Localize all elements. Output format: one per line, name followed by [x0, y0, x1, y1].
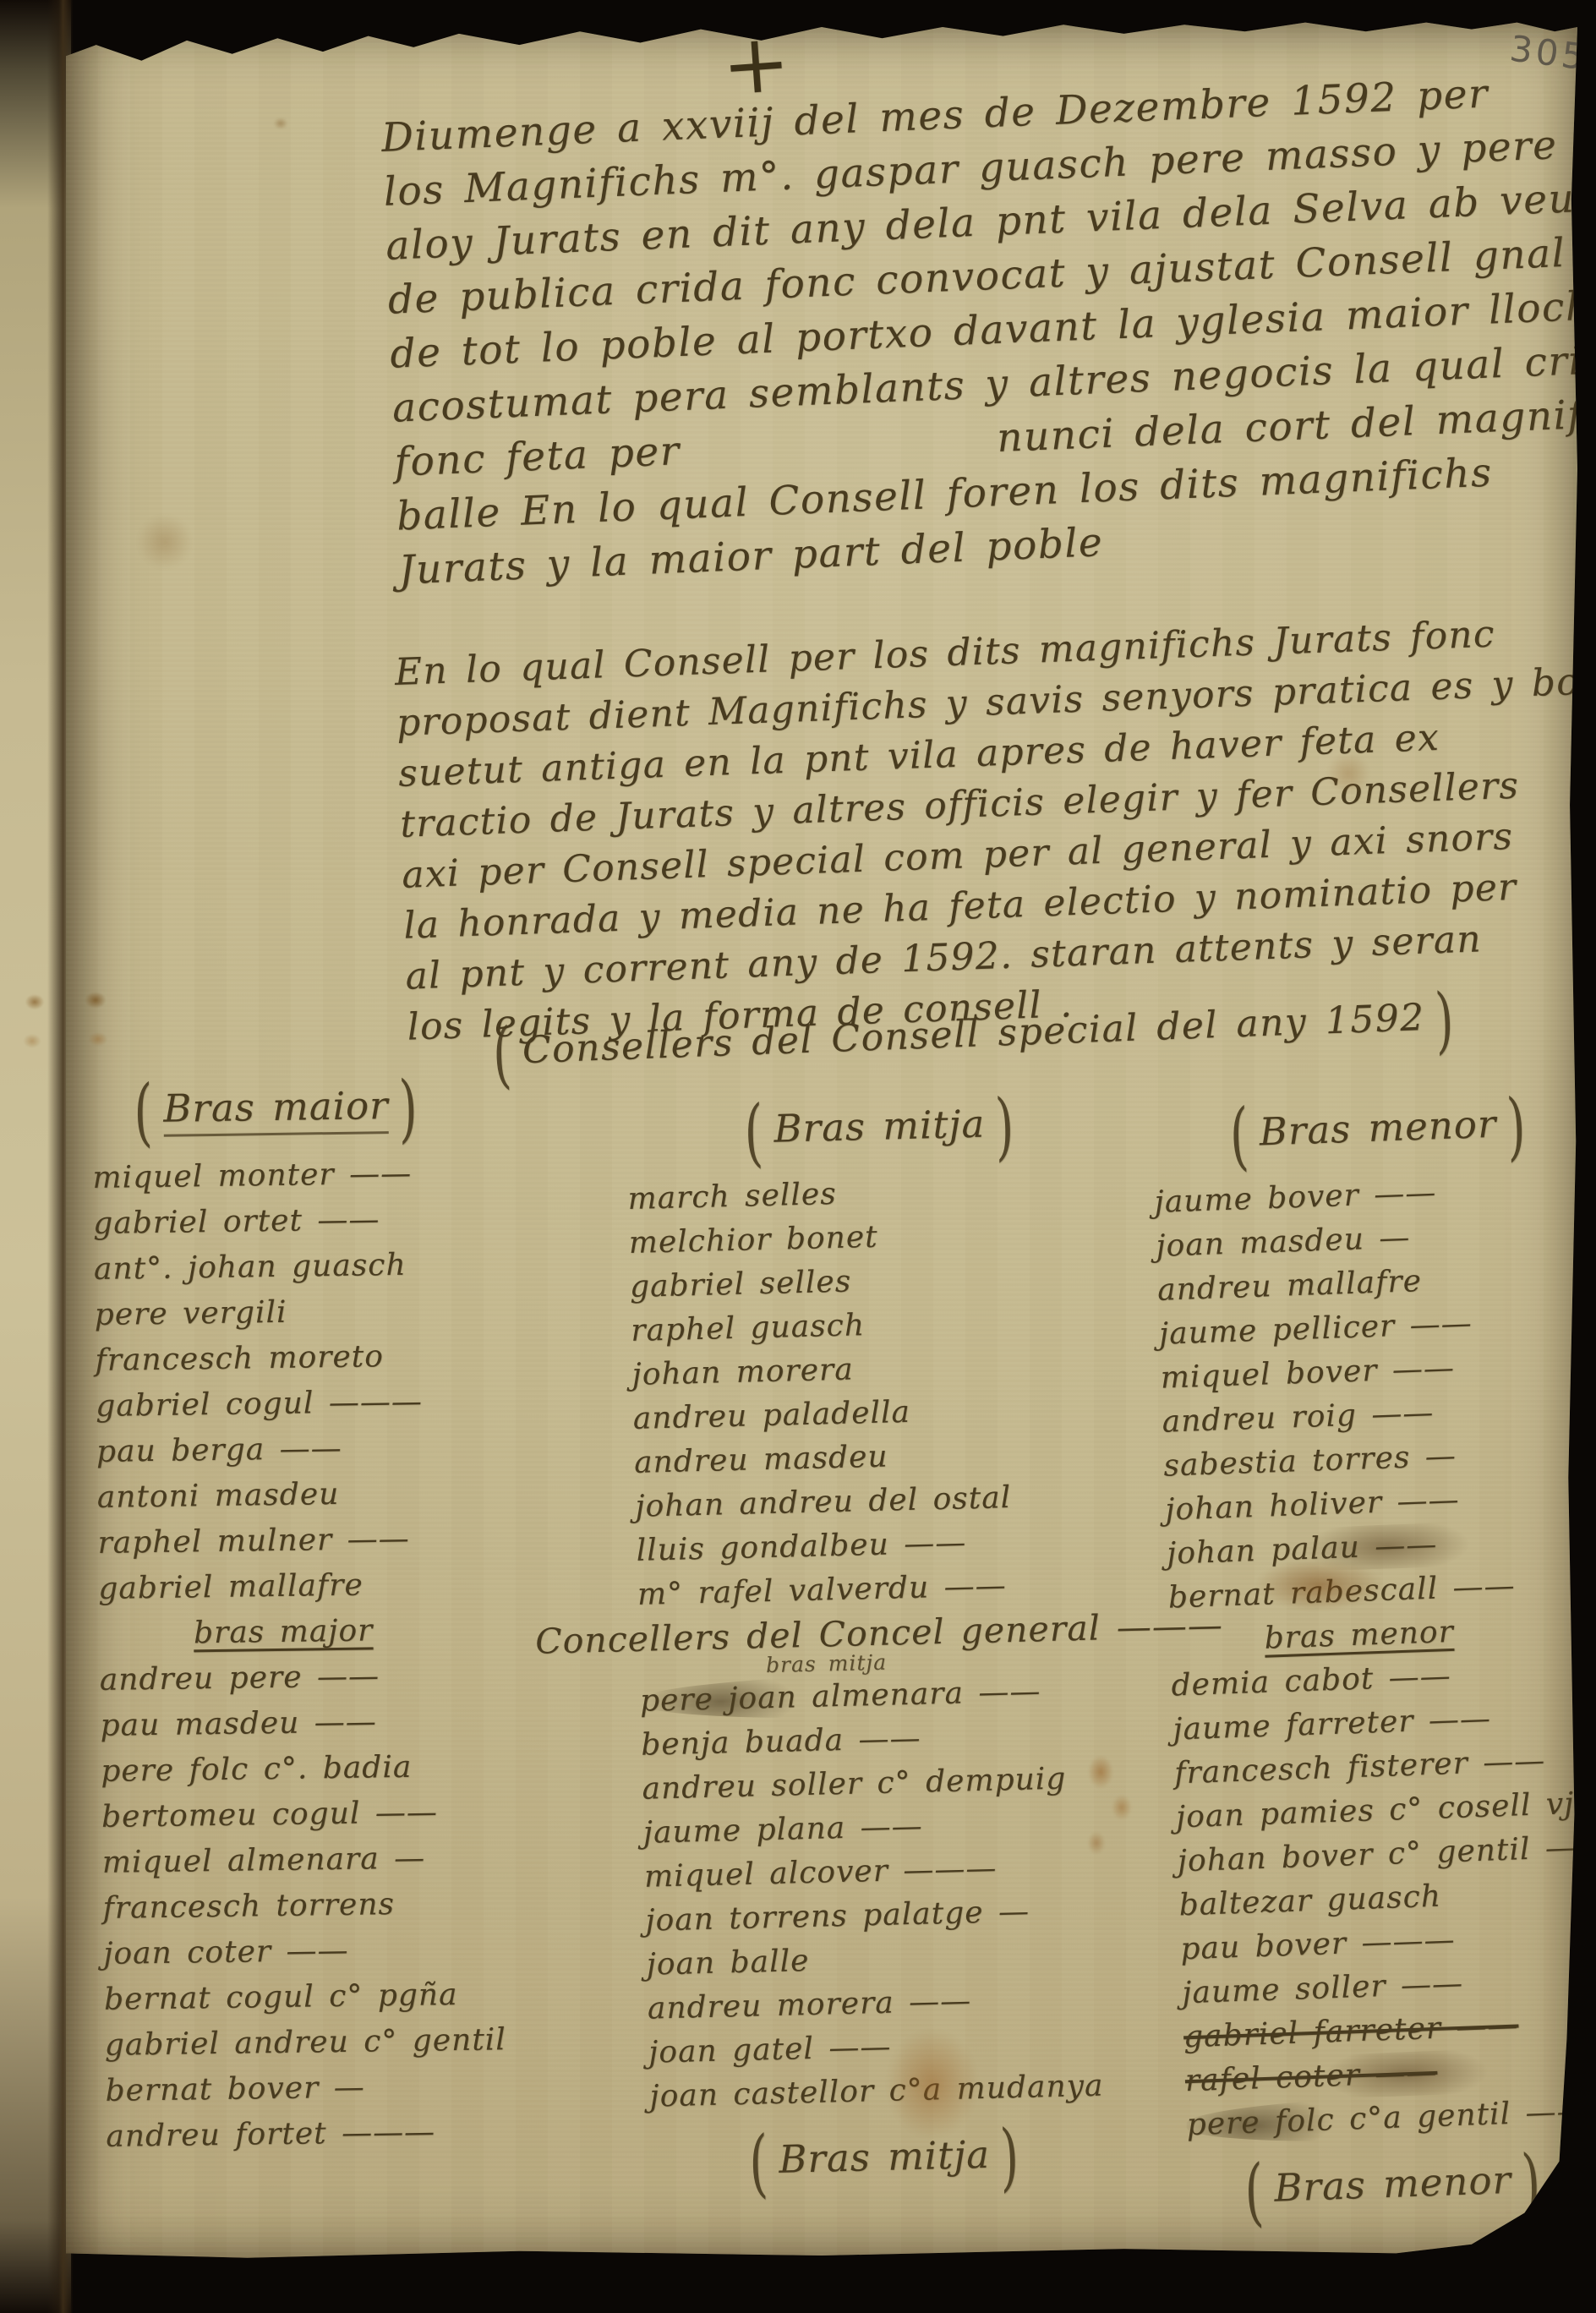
- column-header-bras-mitja: (Bras mitja): [734, 1096, 1201, 1156]
- person-name: andreu fortet ———: [106, 2108, 614, 2160]
- column-header-bras-menor: (Bras menor): [1219, 1097, 1596, 1160]
- flourish-bracket-icon: (: [1229, 1103, 1251, 1172]
- flourish-bracket-icon: ): [1506, 1093, 1528, 1162]
- person-name: gabriel cogul ———: [96, 1377, 604, 1430]
- person-name: gabriel andreu c° gentil: [104, 2016, 612, 2069]
- person-name: ant°. johan guasch: [94, 1240, 602, 1293]
- person-name: andreu pere ——: [99, 1651, 607, 1703]
- person-name: pere folc c°. badia: [101, 1742, 609, 1795]
- manuscript-page: + 305 Diumenge a xxviij del mes de Dezem…: [66, 20, 1577, 2262]
- column-header-bras-maior: (Bras maior): [123, 1080, 599, 1137]
- person-name: pau masdeu ——: [100, 1697, 608, 1749]
- person-name: joan coter ——: [103, 1925, 611, 1977]
- name-list-bras-menor: jaume bover ——joan masdeu —andreu mallaf…: [1154, 1164, 1596, 2148]
- person-name: francesch moreto: [95, 1331, 603, 1384]
- person-name: francesch torrens: [102, 1879, 610, 1932]
- column-footer-bras-menor: (Bras menor): [1234, 2152, 1596, 2216]
- flourish-bracket-icon: ): [398, 1074, 418, 1146]
- person-name: antoni masdeu: [96, 1468, 604, 1521]
- flourish-bracket-icon: ): [999, 2124, 1020, 2193]
- column-footer-bras-mitja: (Bras mitja): [739, 2127, 1227, 2187]
- column-header-label: Bras mitja: [773, 1102, 986, 1151]
- person-name: pere vergili: [94, 1286, 602, 1338]
- flourish-bracket-icon: (: [749, 2130, 770, 2199]
- proposal-paragraph: En lo qual Consell per los dits magnific…: [394, 605, 1596, 1053]
- person-name: miquel monter ——: [92, 1149, 600, 1201]
- name-list-bras-mitja: march sellesmelchior bonetgabriel selles…: [627, 1163, 1225, 2119]
- column-footer-label: Bras menor: [1273, 2157, 1511, 2211]
- flourish-bracket-icon: (: [1243, 2159, 1265, 2228]
- manuscript-scan: + 305 Diumenge a xxviij del mes de Dezem…: [0, 0, 1596, 2313]
- flourish-bracket-icon: ): [994, 1093, 1015, 1162]
- person-name: pau berga ——: [96, 1423, 604, 1475]
- column-header-label: Bras menor: [1259, 1102, 1497, 1155]
- column-bras-mitja: (Bras mitja) march sellesmelchior bonetg…: [626, 1096, 1227, 2189]
- column-header-label: Bras maior: [163, 1083, 389, 1137]
- person-name: raphel mulner ——: [97, 1514, 605, 1567]
- flourish-bracket-icon: (: [134, 1078, 154, 1149]
- person-name: gabriel ortet ——: [93, 1195, 601, 1247]
- intro-paragraph: Diumenge a xxviij del mes de Dezembre 15…: [380, 61, 1596, 598]
- person-name: bertomeu cogul ——: [101, 1788, 609, 1840]
- column-footer-label: Bras mitja: [779, 2132, 991, 2182]
- flourish-bracket-icon: ): [1434, 977, 1457, 1062]
- person-name: bernat cogul c° pgña: [104, 1971, 612, 2023]
- person-name: bernat bover —: [105, 2062, 613, 2114]
- person-name: gabriel mallafre: [98, 1560, 606, 1612]
- column-bras-menor: (Bras menor) jaume bover ——joan masdeu —…: [1151, 1097, 1596, 2217]
- flourish-bracket-icon: (: [744, 1100, 765, 1168]
- person-name: miquel almenara —: [101, 1834, 609, 1886]
- flourish-bracket-icon: ): [1521, 2149, 1543, 2217]
